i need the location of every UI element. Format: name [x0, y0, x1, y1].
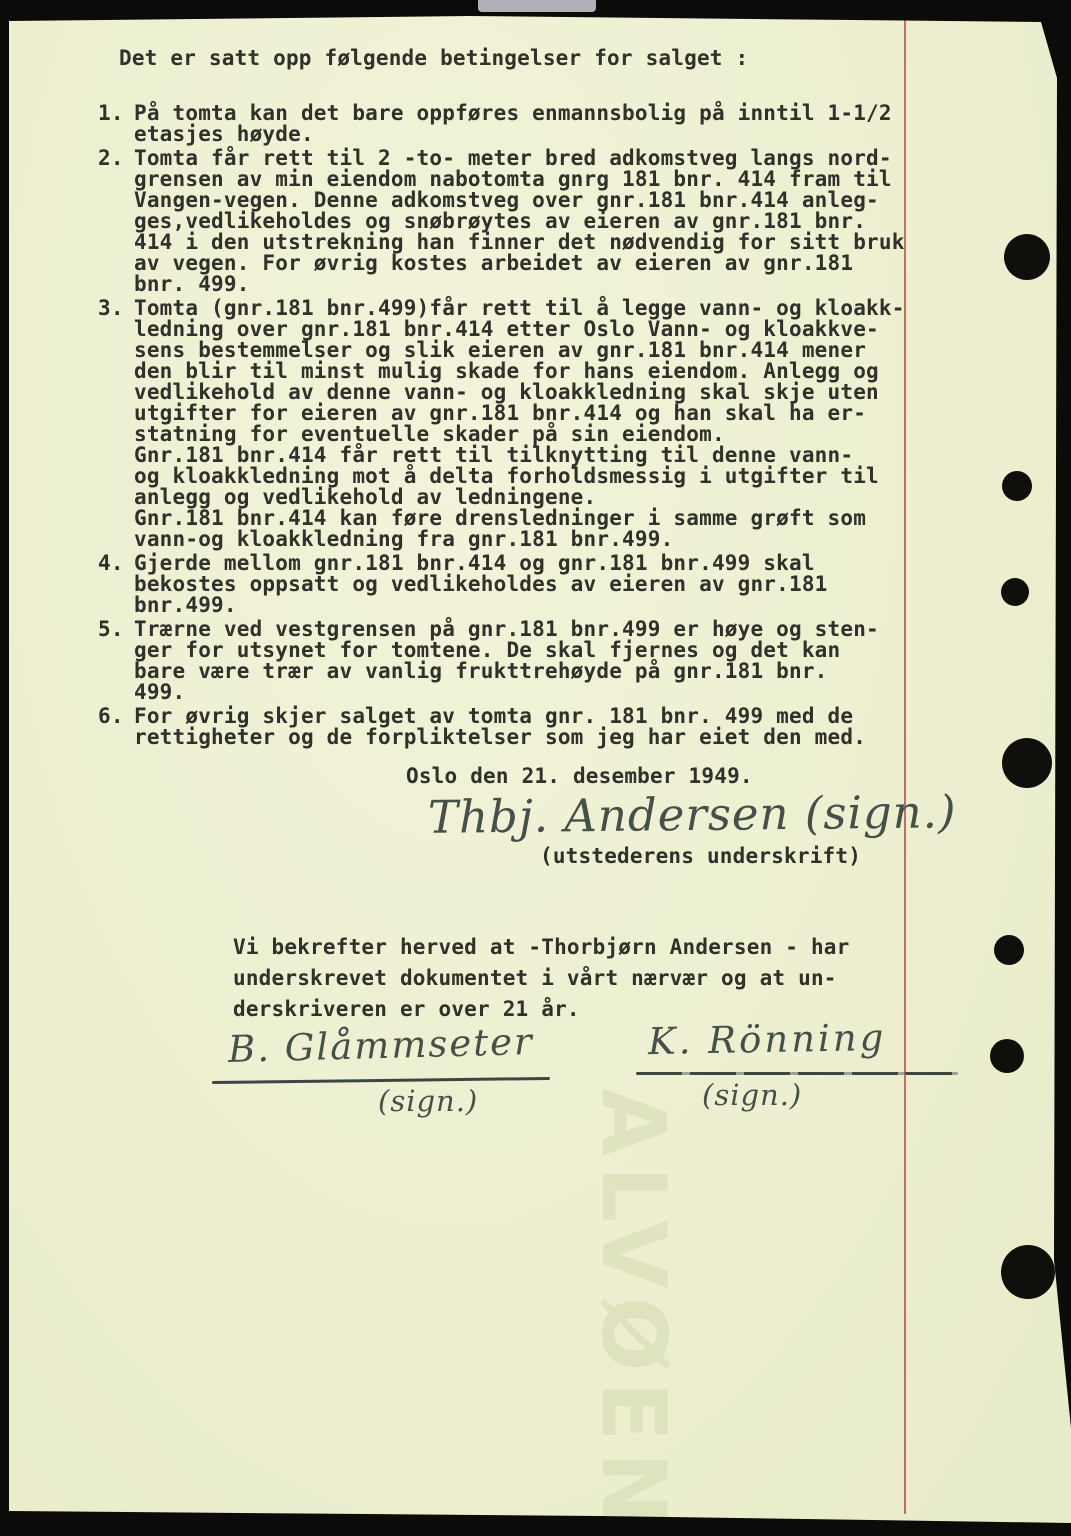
condition-number: 1. [98, 103, 134, 145]
scanned-document-background: ALVØEN Det er satt opp følgende betingel… [0, 0, 1071, 1536]
place-date-line: Oslo den 21. desember 1949. [406, 766, 753, 787]
conditions-section: Det er satt opp følgende betingelser for… [98, 48, 910, 751]
punch-hole [994, 935, 1024, 965]
condition-text: På tomta kan det bare oppføres enmannsbo… [134, 103, 892, 145]
condition-number: 4. [98, 553, 134, 616]
condition-item-4: 4. Gjerde mellom gnr.181 bnr.414 og gnr.… [98, 553, 910, 616]
condition-item-5: 5. Trærne ved vestgrensen på gnr.181 bnr… [98, 619, 910, 703]
punch-hole [1001, 578, 1029, 606]
punch-hole [1002, 738, 1052, 788]
condition-item-1: 1. På tomta kan det bare oppføres enmann… [98, 103, 910, 145]
punch-hole [1004, 234, 1050, 280]
condition-item-3: 3. Tomta (gnr.181 bnr.499)får rett til å… [98, 298, 910, 550]
witness1-signature-line [212, 1077, 550, 1084]
condition-text: Gjerde mellom gnr.181 bnr.414 og gnr.181… [134, 553, 828, 616]
issuer-handwritten-signature: Thbj. Andersen (sign.) [428, 785, 957, 844]
issuer-signature-caption: (utstederens underskrift) [540, 846, 861, 867]
punch-hole [1002, 471, 1032, 501]
condition-number: 3. [98, 298, 134, 550]
condition-text: For øvrig skjer salget av tomta gnr. 181… [134, 706, 866, 748]
condition-text: Trærne ved vestgrensen på gnr.181 bnr.49… [134, 619, 879, 703]
punch-hole [990, 1039, 1024, 1073]
document-page: ALVØEN Det er satt opp følgende betingel… [0, 0, 1071, 1536]
scan-edge-sliver [478, 0, 596, 12]
condition-number: 5. [98, 619, 134, 703]
witness1-sign-caption: (sign.) [378, 1084, 478, 1118]
punch-hole [1001, 1245, 1055, 1299]
witness-attestation-text: Vi bekrefter herved at -Thorbjørn Anders… [233, 932, 849, 1025]
condition-number: 2. [98, 148, 134, 295]
document-title: Det er satt opp følgende betingelser for… [119, 48, 910, 69]
witness2-handwritten-signature: K. Rönning [648, 1016, 887, 1063]
witness2-sign-caption: (sign.) [702, 1078, 802, 1112]
paper-watermark: ALVØEN [582, 1088, 685, 1478]
condition-item-2: 2. Tomta får rett til 2 -to- meter bred … [98, 148, 910, 295]
condition-text: Tomta får rett til 2 -to- meter bred adk… [134, 148, 905, 295]
condition-text: Tomta (gnr.181 bnr.499)får rett til å le… [134, 298, 905, 550]
witness1-handwritten-signature: B. Glåmmseter [227, 1020, 534, 1071]
witness2-signature-line [636, 1072, 958, 1075]
condition-number: 6. [98, 706, 134, 748]
condition-item-6: 6. For øvrig skjer salget av tomta gnr. … [98, 706, 910, 748]
